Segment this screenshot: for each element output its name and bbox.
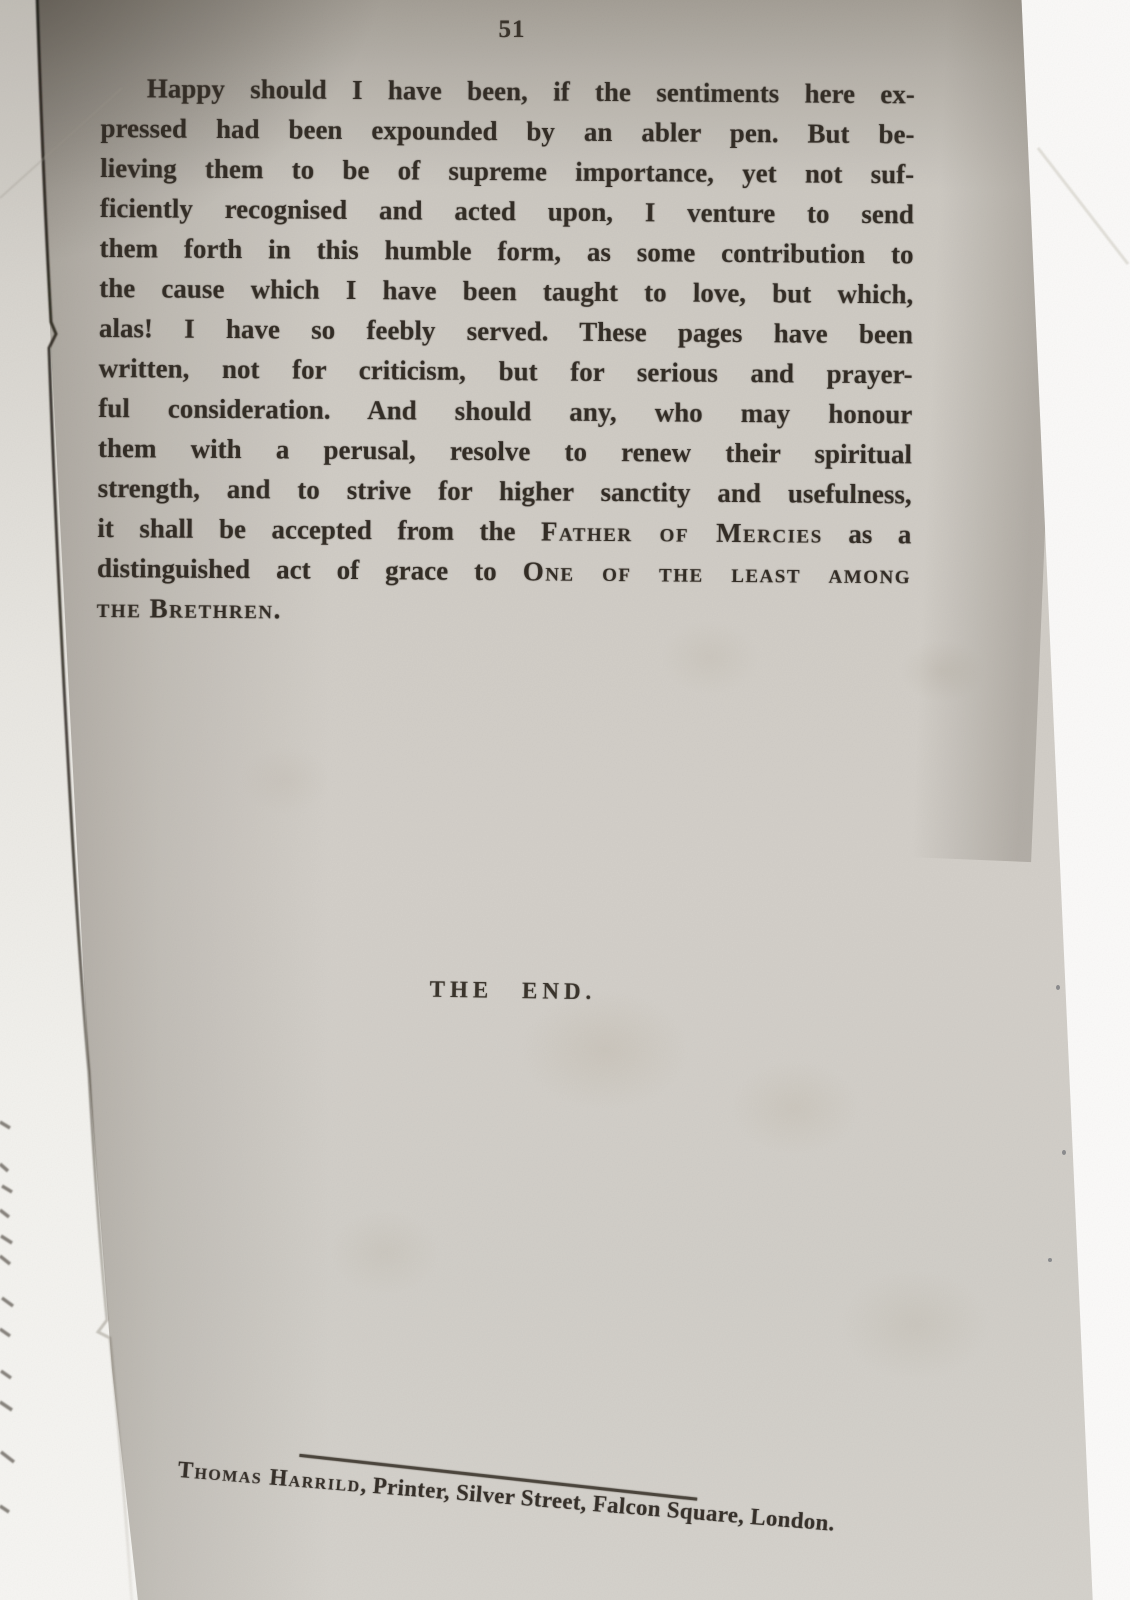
- book-page-photo: 51 Happy should I have been, if the sent…: [0, 0, 1130, 1600]
- paper-grain: [0, 0, 1130, 1600]
